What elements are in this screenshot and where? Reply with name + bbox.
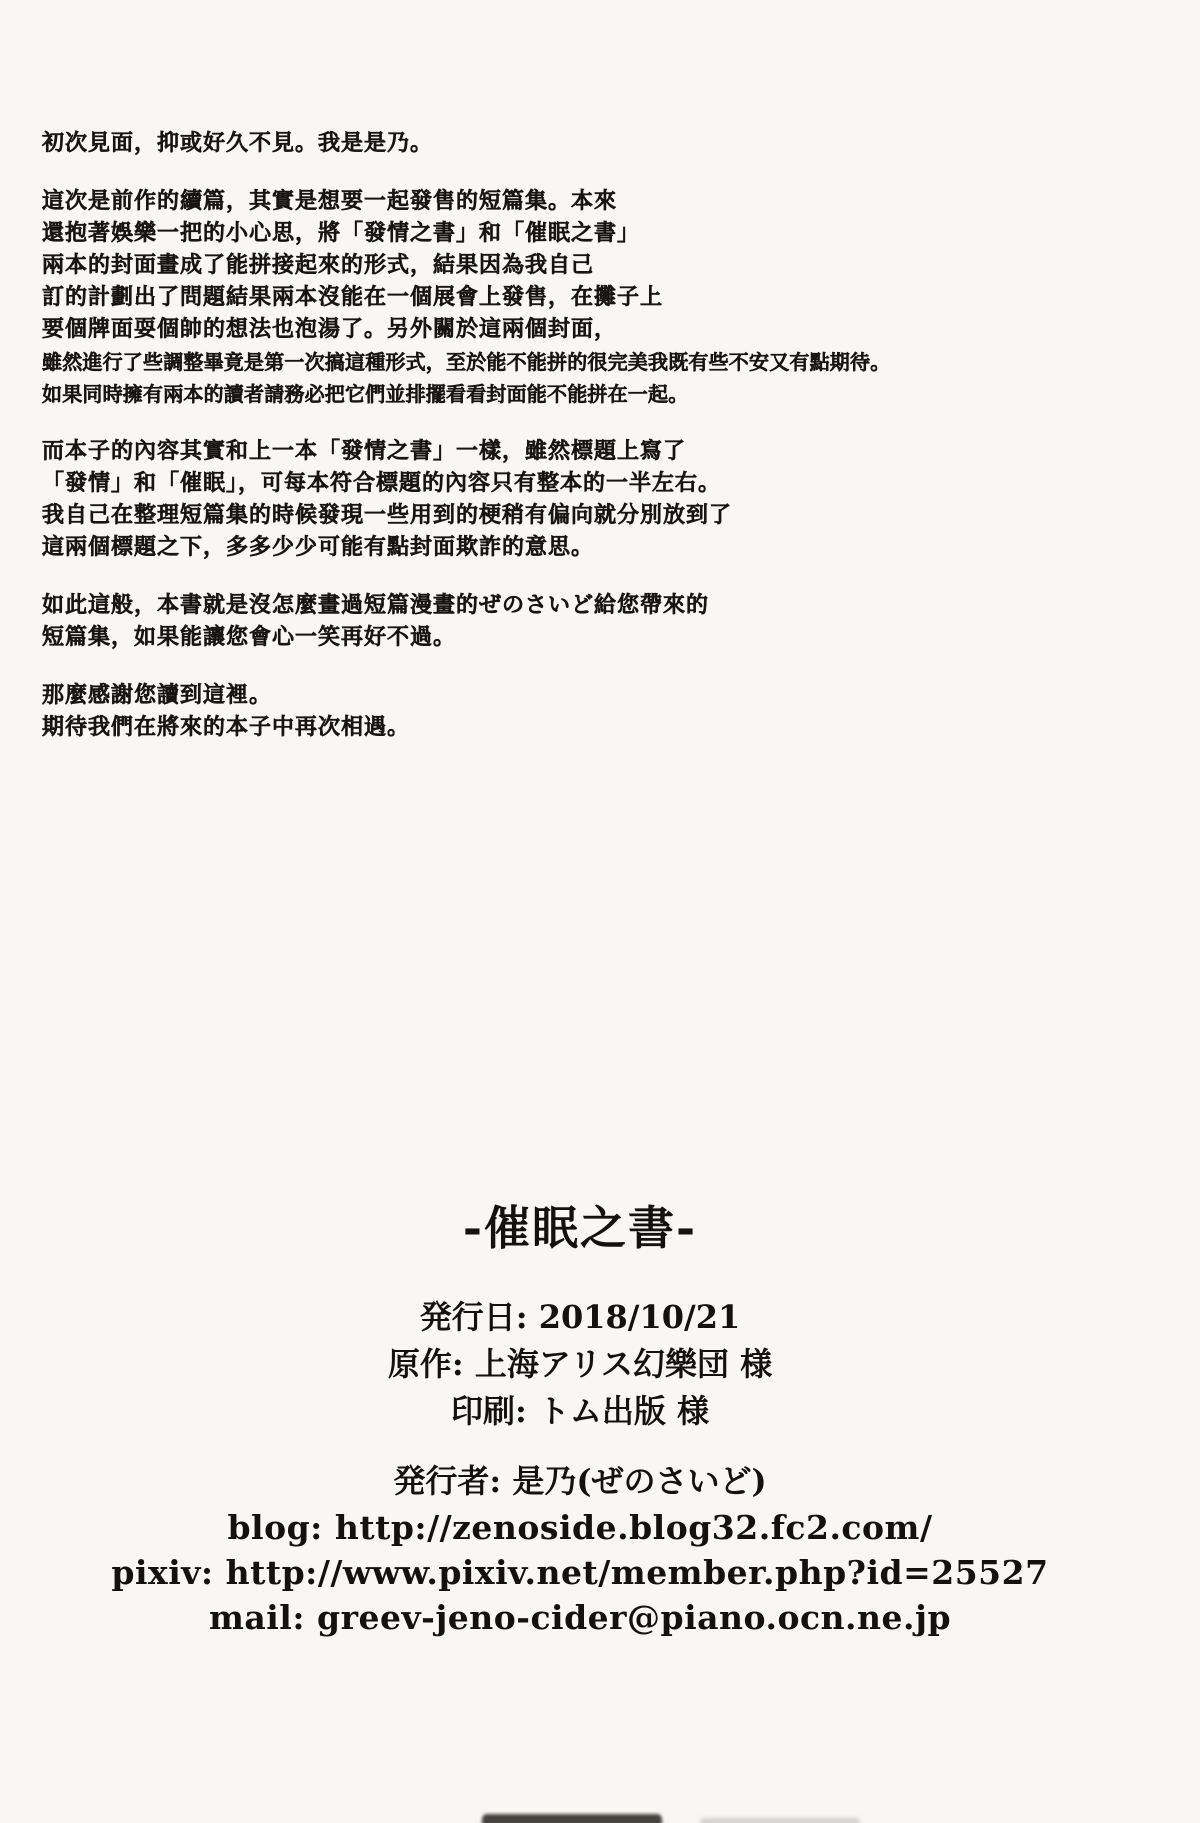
contact-line: mail: greev-jeno-cider@piano.ocn.ne.jp [0,1595,1160,1640]
afterword-line: 如果同時擁有兩本的讀者請務必把它們並排擺看看封面能不能拼在一起。 [42,378,1162,410]
publication-info-line: 発行日: 2018/10/21 [0,1294,1160,1341]
afterword-paragraph: 如此這般，本書就是沒怎麼畫過短篇漫畫的ぜのさいど給您帶來的短篇集，如果能讓您會心… [42,590,1162,654]
publication-info: 発行日: 2018/10/21原作: 上海アリス幻樂団 様印刷: トム出版 様 [0,1294,1160,1435]
publisher-info: 発行者: 是乃(ぜのさいど)blog: http://zenoside.blog… [0,1458,1160,1640]
afterword-line: 「發情」和「催眠」，可每本符合標題的內容只有整本的一半左右。 [42,468,1162,500]
afterword-line: 那麼感謝您讀到這裡。 [42,680,1162,712]
afterword-line: 初次見面，抑或好久不見。我是是乃。 [42,128,1162,160]
afterword-line: 訂的計劃出了問題結果兩本沒能在一個展會上發售，在攤子上 [42,282,1162,314]
afterword-paragraph: 這次是前作的續篇，其實是想要一起發售的短篇集。本來還抱著娛樂一把的小心思，將「發… [42,186,1162,410]
publisher-line: 発行者: 是乃(ぜのさいど) [0,1458,1160,1505]
scan-artifact-dark [482,1814,662,1823]
afterword-line: 兩本的封面畫成了能拼接起來的形式，結果因為我自己 [42,250,1162,282]
afterword-line: 期待我們在將來的本子中再次相遇。 [42,712,1162,744]
afterword-line: 如此這般，本書就是沒怎麼畫過短篇漫畫的ぜのさいど給您帶來的 [42,590,1162,622]
afterword-paragraph: 初次見面，抑或好久不見。我是是乃。 [42,128,1162,160]
book-title: -催眠之書- [0,1192,1160,1258]
scan-page: 初次見面，抑或好久不見。我是是乃。這次是前作的續篇，其實是想要一起發售的短篇集。… [0,0,1200,1823]
publication-info-line: 印刷: トム出版 様 [0,1388,1160,1435]
afterword-line: 而本子的內容其實和上一本「發情之書」一樣，雖然標題上寫了 [42,436,1162,468]
afterword-line: 我自己在整理短篇集的時候發現一些用到的梗稍有偏向就分別放到了 [42,500,1162,532]
afterword-line: 要個牌面耍個帥的想法也泡湯了。另外關於這兩個封面， [42,314,1162,346]
contact-line: pixiv: http://www.pixiv.net/member.php?i… [0,1550,1160,1595]
afterword-line: 這兩個標題之下，多多少少可能有點封面欺詐的意思。 [42,532,1162,564]
publication-info-line: 原作: 上海アリス幻樂団 様 [0,1341,1160,1388]
afterword-paragraph: 而本子的內容其實和上一本「發情之書」一樣，雖然標題上寫了「發情」和「催眠」，可每… [42,436,1162,564]
afterword-line: 這次是前作的續篇，其實是想要一起發售的短篇集。本來 [42,186,1162,218]
scan-artifact-faint [700,1818,860,1823]
afterword-paragraph: 那麼感謝您讀到這裡。期待我們在將來的本子中再次相遇。 [42,680,1162,744]
afterword-line: 還抱著娛樂一把的小心思，將「發情之書」和「催眠之書」 [42,218,1162,250]
afterword-line: 短篇集，如果能讓您會心一笑再好不過。 [42,622,1162,654]
afterword-text: 初次見面，抑或好久不見。我是是乃。這次是前作的續篇，其實是想要一起發售的短篇集。… [42,128,1162,770]
afterword-line: 雖然進行了些調整畢竟是第一次搞這種形式，至於能不能拼的很完美我既有些不安又有點期… [42,346,1162,378]
contact-line: blog: http://zenoside.blog32.fc2.com/ [0,1505,1160,1550]
